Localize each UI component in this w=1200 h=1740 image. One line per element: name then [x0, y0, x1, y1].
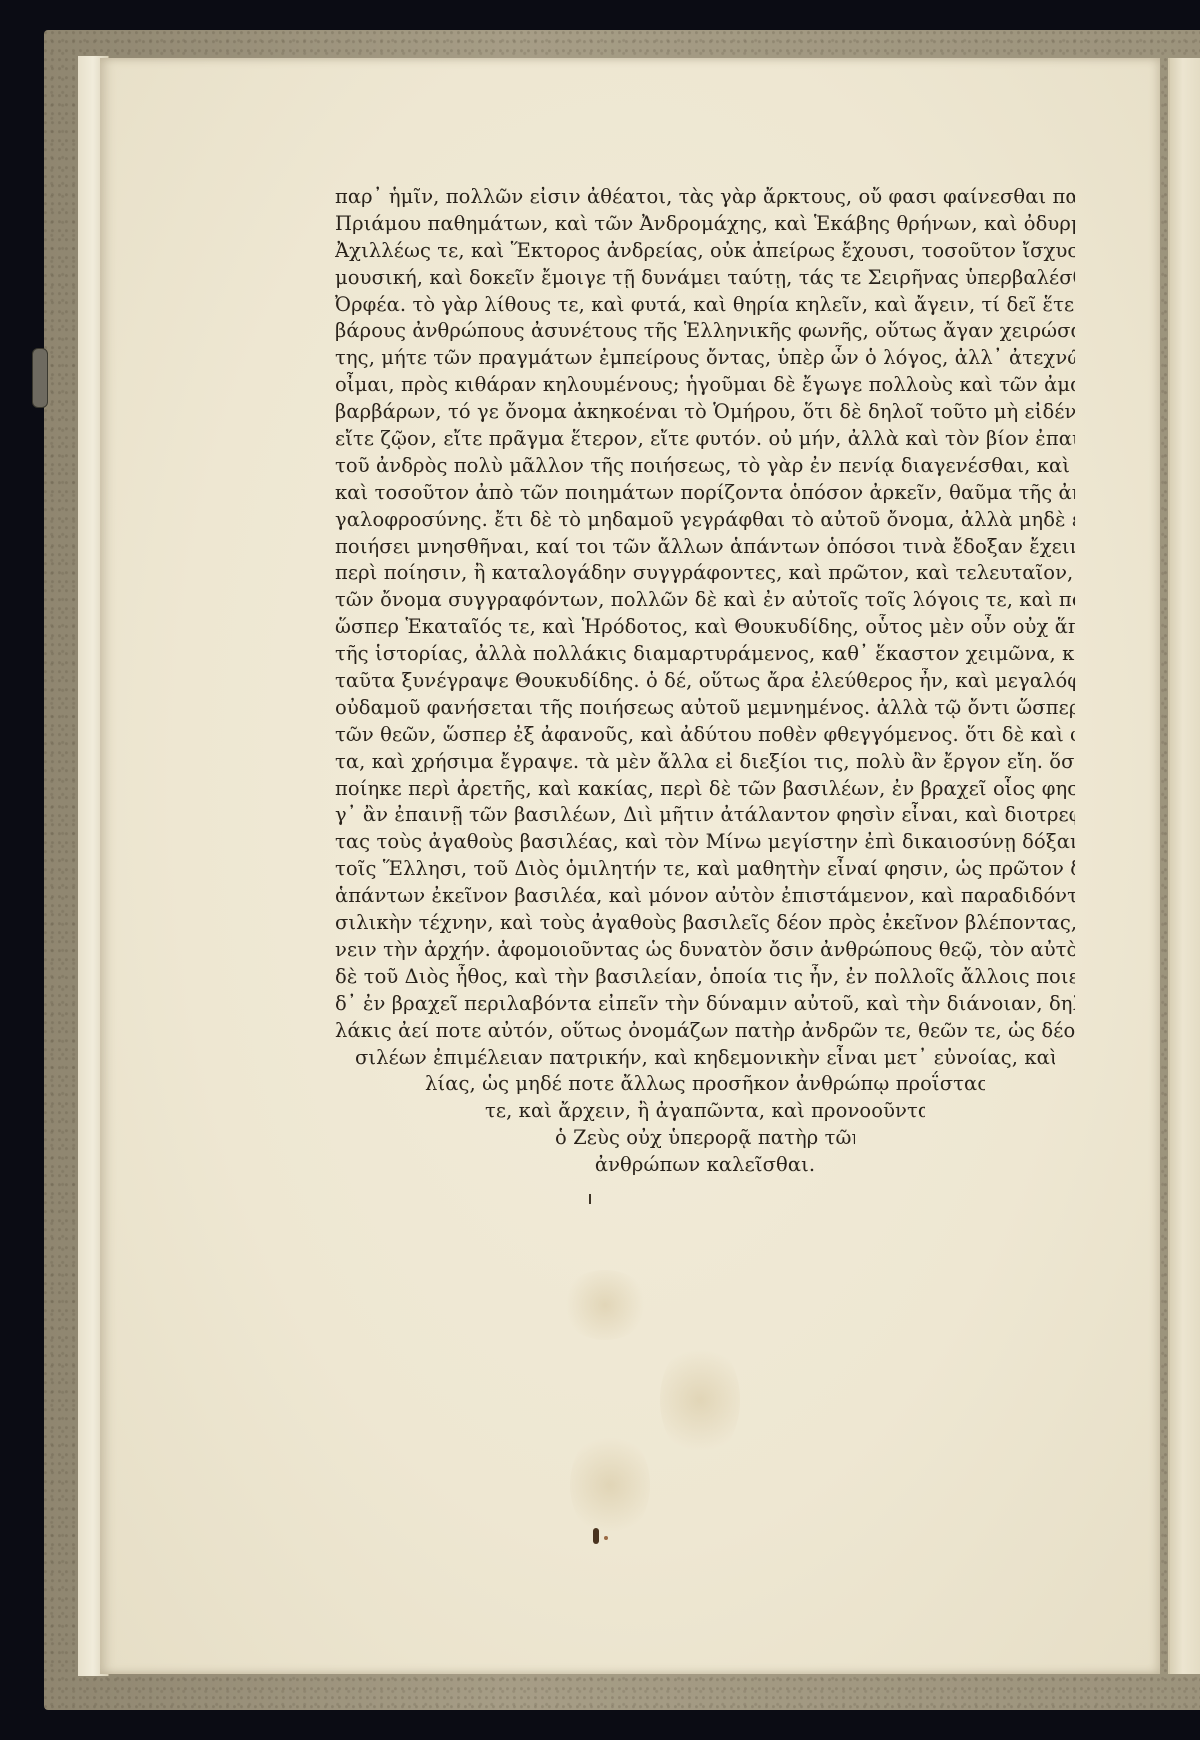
text-line: γ᾽ ἂν ἐπαινῇ τῶν βασιλέων, Διὶ μῆτιν ἀτά… — [335, 802, 1075, 829]
text-line: Ὀρφέα. τὸ γὰρ λίθους τε, καὶ φυτά, καὶ θ… — [335, 292, 1075, 319]
text-line: δὲ τοῦ Διὸς ἦθος, καὶ τὴν βασιλείαν, ὁπο… — [335, 964, 1075, 991]
text-line: καὶ τοσοῦτον ἀπὸ τῶν ποιημάτων πορίζοντα… — [335, 480, 1075, 507]
text-line: ὥσπερ Ἑκαταῖός τε, καὶ Ἡρόδοτος, καὶ Θου… — [335, 614, 1075, 641]
text-line: νειν τὴν ἀρχήν. ἀφομοιοῦντας ὡς δυνατὸν … — [335, 937, 1075, 964]
text-line: λάκις ἀεί ποτε αὐτόν, οὕτως ὀνομάζων πατ… — [335, 1018, 1075, 1045]
text-line: γαλοφροσύνης. ἔτι δὲ τὸ μηδαμοῦ γεγράφθα… — [335, 507, 1075, 534]
text-line: Πριάμου παθημάτων, καὶ τῶν Ἀνδρομάχης, κ… — [335, 211, 1075, 238]
binding-clasp — [32, 348, 48, 408]
text-line: ταῦτα ξυνέγραψε Θουκυδίδης. ὁ δέ, οὕτως … — [335, 668, 1075, 695]
ink-speck — [604, 1536, 608, 1540]
tail-line: λίας, ὡς μηδέ ποτε ἄλλως προσῆκον ἀνθρώπ… — [425, 1071, 985, 1098]
text-line: της, μήτε τῶν πραγμάτων ἐμπείρους ὄντας,… — [335, 345, 1075, 372]
text-line: τῶν θεῶν, ὥσπερ ἐξ ἀφανοῦς, καὶ ἀδύτου π… — [335, 722, 1075, 749]
tail-line: τε, καὶ ἄρχειν, ἢ ἀγαπῶντα, καὶ προνοοῦν… — [485, 1098, 925, 1125]
tail-line: ὁ Ζεὺς οὐχ ὑπερορᾷ πατὴρ τῶν — [555, 1125, 855, 1152]
text-line: τοῖς Ἕλλησι, τοῦ Διὸς ὁμιλητήν τε, καὶ μ… — [335, 856, 1075, 883]
text-line: μουσική, καὶ δοκεῖν ἔμοιγε τῇ δυνάμει τα… — [335, 265, 1075, 292]
text-line: ποίηκε περὶ ἀρετῆς, καὶ κακίας, περὶ δὲ … — [335, 776, 1075, 803]
text-line: σιλικὴν τέχνην, καὶ τοὺς ἀγαθοὺς βασιλεῖ… — [335, 910, 1075, 937]
text-line: οὐδαμοῦ φανήσεται τῆς ποιήσεως αὐτοῦ μεμ… — [335, 695, 1075, 722]
text-line: βαρβάρων, τό γε ὄνομα ἀκηκοέναι τὸ Ὁμήρο… — [335, 399, 1075, 426]
text-line: τῶν ὄνομα συγγραφόντων, πολλῶν δὲ καὶ ἐν… — [335, 587, 1075, 614]
text-line: τῆς ἱστορίας, ἀλλὰ πολλάκις διαμαρτυράμε… — [335, 641, 1075, 668]
tail-line: ἀνθρώπων καλεῖσθαι. — [585, 1152, 825, 1179]
tail-line: σιλέων ἐπιμέλειαν πατρικήν, καὶ κηδεμονι… — [355, 1045, 1055, 1072]
text-line: Ἀχιλλέως τε, καὶ Ἕκτορος ἀνδρείας, οὐκ ἀ… — [335, 238, 1075, 265]
text-line: οἶμαι, πρὸς κιθάραν κηλουμένους; ἡγοῦμαι… — [335, 372, 1075, 399]
text-line: βάρους ἀνθρώπους ἀσυνέτους τῆς Ἑλληνικῆς… — [335, 318, 1075, 345]
text-line: ποιήσει μνησθῆναι, καί τοι τῶν ἄλλων ἁπά… — [335, 534, 1075, 561]
foxing-stain — [560, 1270, 650, 1340]
text-line: τοῦ ἀνδρὸς πολὺ μᾶλλον τῆς ποιήσεως, τὸ … — [335, 453, 1075, 480]
text-line: περὶ ποίησιν, ἢ καταλογάδην συγγράφοντες… — [335, 560, 1075, 587]
ink-tick-mark — [589, 1194, 591, 1204]
text-line: εἴτε ζῷον, εἴτε πρᾶγμα ἕτερον, εἴτε φυτό… — [335, 426, 1075, 453]
text-line: τα, καὶ χρήσιμα ἔγραψε. τὰ μὲν ἄλλα εἰ δ… — [335, 749, 1075, 776]
text-line: δ᾽ ἐν βραχεῖ περιλαβόντα εἰπεῖν τὴν δύνα… — [335, 991, 1075, 1018]
greek-text-body: παρ᾽ ἡμῖν, πολλῶν εἰσιν ἀθέατοι, τὰς γὰρ… — [335, 184, 1075, 1179]
text-line: ἁπάντων ἐκεῖνον βασιλέα, καὶ μόνον αὐτὸν… — [335, 883, 1075, 910]
foxing-stain — [570, 1430, 650, 1540]
ink-blot — [593, 1528, 599, 1544]
text-line: παρ᾽ ἡμῖν, πολλῶν εἰσιν ἀθέατοι, τὰς γὰρ… — [335, 184, 1075, 211]
foxing-stain — [660, 1340, 740, 1460]
facing-page-edge — [1168, 58, 1200, 1674]
text-line: τας τοὺς ἀγαθοὺς βασιλέας, καὶ τὸν Μίνω … — [335, 829, 1075, 856]
